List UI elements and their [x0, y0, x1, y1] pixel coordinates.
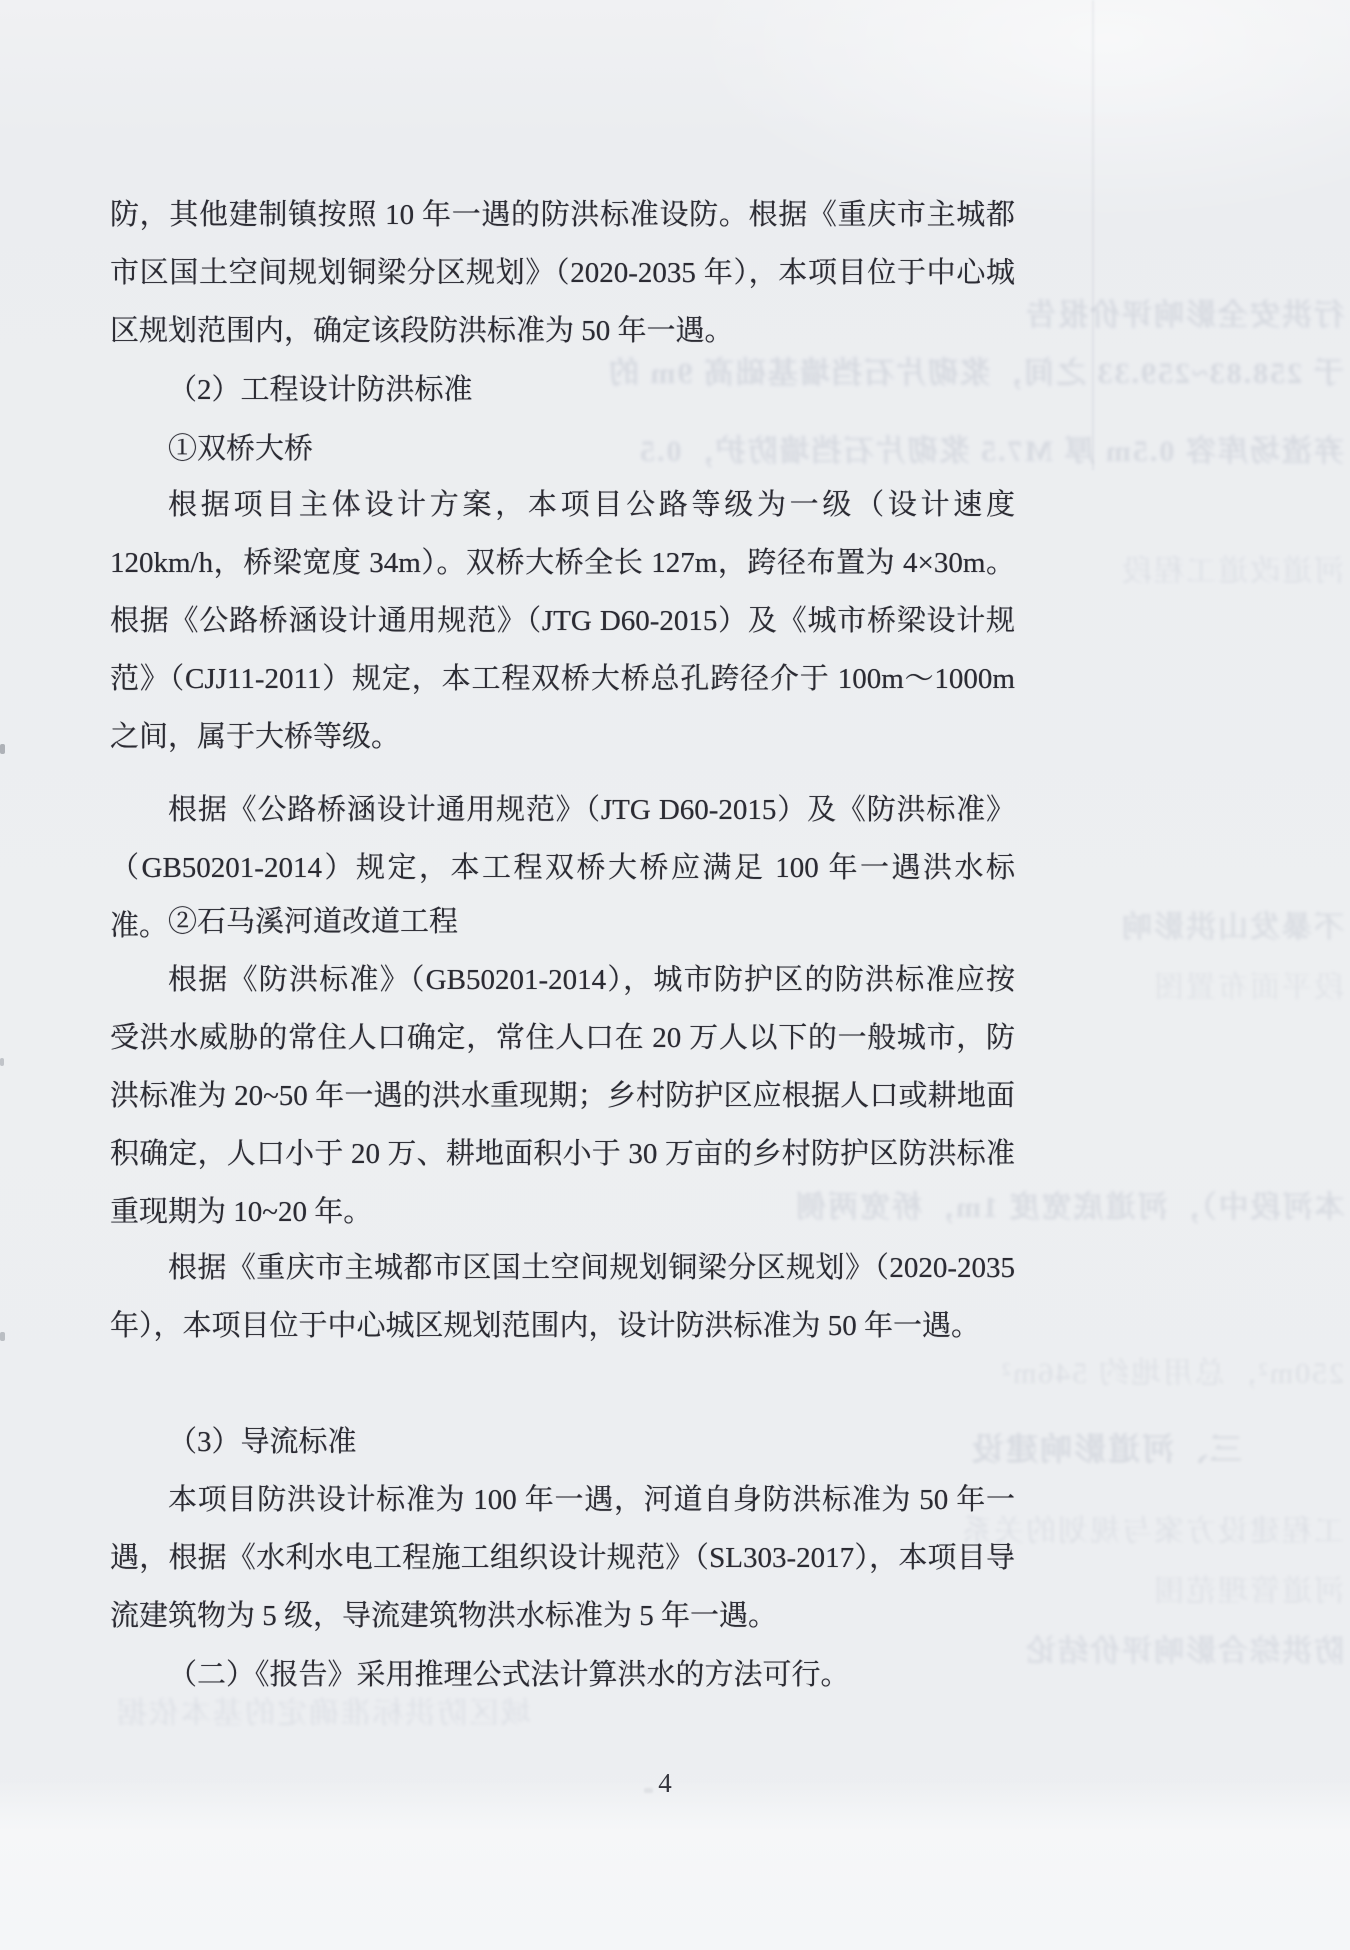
bleedthrough-text: 防洪综合影响评价结论: [1024, 1626, 1344, 1670]
document-body: 防，其他建制镇按照 10 年一遇的防洪标准设防。根据《重庆市主城都市区国土空间规…: [110, 0, 1015, 1950]
page-number: 4: [0, 1768, 1330, 1799]
paper-crease-line: [1092, 0, 1094, 470]
scan-speck: [0, 1332, 5, 1341]
paragraph-continuation: 防，其他建制镇按照 10 年一遇的防洪标准设防。根据《重庆市主城都市区国土空间规…: [110, 186, 1015, 360]
bleedthrough-text: 段平面布置图: [1152, 962, 1344, 1006]
scanned-document-page: 行洪安全影响评价报告 于 258.83~259.33 之间，浆砌片石挡墙基础高 …: [0, 0, 1350, 1950]
bleedthrough-text: 河道改道工程段: [1120, 546, 1344, 590]
heading-diversion-standard: （3）导流标准: [110, 1413, 1015, 1471]
heading-shuangqiao-bridge: ①双桥大桥: [110, 420, 1015, 478]
scan-speck: [0, 1058, 4, 1066]
paragraph-planning-standard: 根据《重庆市主城都市区国土空间规划铜梁分区规划》（2020-2035 年），本项…: [110, 1239, 1015, 1355]
bleedthrough-text: 250m²，总用地约 546m²: [1000, 1348, 1344, 1392]
paragraph-diversion-design: 本项目防洪设计标准为 100 年一遇，河道自身防洪标准为 50 年一遇，根据《水…: [110, 1471, 1015, 1645]
heading-report-conclusion: （二）《报告》采用推理公式法计算洪水的方法可行。: [110, 1646, 1015, 1704]
heading-shimaxi-channel: ②石马溪河道改道工程: [110, 893, 1015, 951]
scan-speck: [0, 744, 5, 754]
paragraph-protection-zone: 根据《防洪标准》（GB50201-2014），城市防护区的防洪标准应按受洪水威胁…: [110, 951, 1015, 1241]
bleedthrough-text: 河道管理范围: [1152, 1566, 1344, 1610]
bleedthrough-text: 工程建设方案与规划的关系: [960, 1506, 1344, 1550]
paragraph-bridge-design: 根据项目主体设计方案，本项目公路等级为一级（设计速度 120km/h，桥梁宽度 …: [110, 476, 1015, 766]
bleedthrough-text: 不暴发山洪影响: [1120, 902, 1344, 946]
heading-design-flood-standard: （2）工程设计防洪标准: [110, 361, 1015, 419]
bleedthrough-text: 行洪安全影响评价报告: [1024, 290, 1344, 334]
